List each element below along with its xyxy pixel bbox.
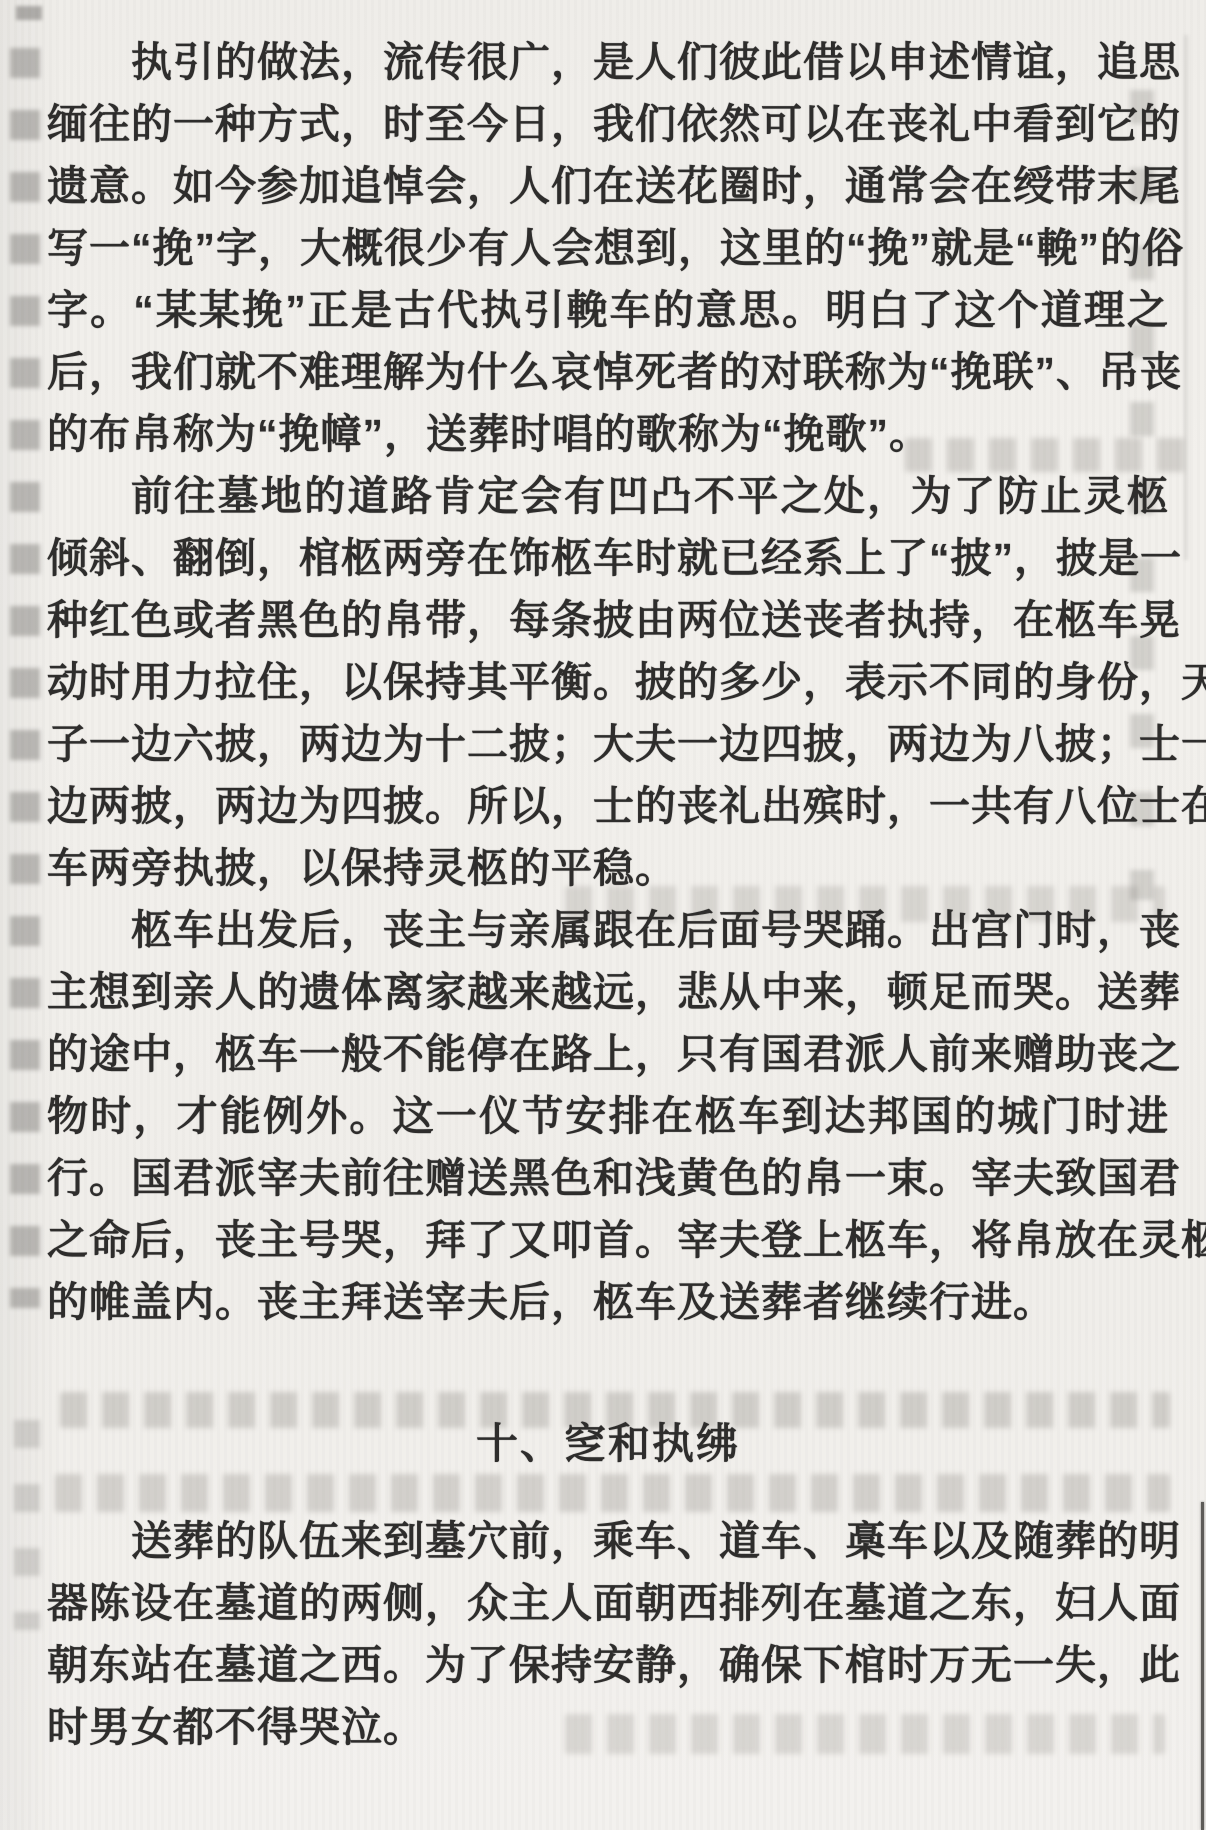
text-line: 写一“挽”字，大概很少有人会想到，这里的“挽”就是“輓”的俗 — [47, 217, 1169, 279]
text-line: 遗意。如今参加追悼会，人们在送花圈时，通常会在绶带末尾 — [47, 155, 1169, 217]
text-line: 车两旁执披，以保持灵柩的平稳。 — [47, 837, 1169, 899]
text-line: 的布帛称为“挽幛”，送葬时唱的歌称为“挽歌”。 — [47, 403, 1169, 465]
page-text: 执引的做法，流传很广，是人们彼此借以申述情谊，追思 缅往的一种方式，时至今日，我… — [47, 31, 1169, 1758]
text-line: 之命后，丧主号哭，拜了又叩首。宰夫登上柩车，将帛放在灵柩 — [47, 1209, 1169, 1271]
text-line: 物时，才能例外。这一仪节安排在柩车到达邦国的城门时进 — [47, 1085, 1169, 1147]
text-line: 行。国君派宰夫前往赠送黑色和浅黄色的帛一束。宰夫致国君 — [47, 1147, 1169, 1209]
text-line: 倾斜、翻倒，棺柩两旁在饰柩车时就已经系上了“披”，披是一 — [47, 527, 1169, 589]
text-line: 时男女都不得哭泣。 — [47, 1696, 1169, 1758]
text-line: 后，我们就不难理解为什么哀悼死者的对联称为“挽联”、吊丧 — [47, 341, 1169, 403]
text-line: 子一边六披，两边为十二披；大夫一边四披，两边为八披；士一 — [47, 713, 1169, 775]
text-line: 缅往的一种方式，时至今日，我们依然可以在丧礼中看到它的 — [47, 93, 1169, 155]
scanned-page: { "document": { "heading": "十、窆和执绋", "li… — [0, 0, 1206, 1830]
text-line: 种红色或者黑色的帛带，每条披由两位送丧者执持，在柩车晃 — [47, 589, 1169, 651]
text-line: 柩车出发后，丧主与亲属跟在后面号哭踊。出宫门时，丧 — [47, 899, 1169, 961]
text-line: 字。“某某挽”正是古代执引輓车的意思。明白了这个道理之 — [47, 279, 1169, 341]
text-line: 主想到亲人的遗体离家越来越远，悲从中来，顿足而哭。送葬 — [47, 961, 1169, 1023]
text-line: 的帷盖内。丧主拜送宰夫后，柩车及送葬者继续行进。 — [47, 1271, 1169, 1333]
section-heading: 十、窆和执绋 — [47, 1413, 1169, 1475]
text-line: 前往墓地的道路肯定会有凹凸不平之处，为了防止灵柩 — [47, 465, 1169, 527]
text-line: 送葬的队伍来到墓穴前，乘车、道车、槀车以及随葬的明 — [47, 1510, 1169, 1572]
text-line: 器陈设在墓道的两侧，众主人面朝西排列在墓道之东，妇人面 — [47, 1572, 1169, 1634]
text-line: 动时用力拉住，以保持其平衡。披的多少，表示不同的身份，天 — [47, 651, 1169, 713]
text-line: 边两披，两边为四披。所以，士的丧礼出殡时，一共有八位士在 — [47, 775, 1169, 837]
text-line: 执引的做法，流传很广，是人们彼此借以申述情谊，追思 — [47, 31, 1169, 93]
text-line: 的途中，柩车一般不能停在路上，只有国君派人前来赠助丧之 — [47, 1023, 1169, 1085]
text-line: 朝东站在墓道之西。为了保持安静，确保下棺时万无一失，此 — [47, 1634, 1169, 1696]
